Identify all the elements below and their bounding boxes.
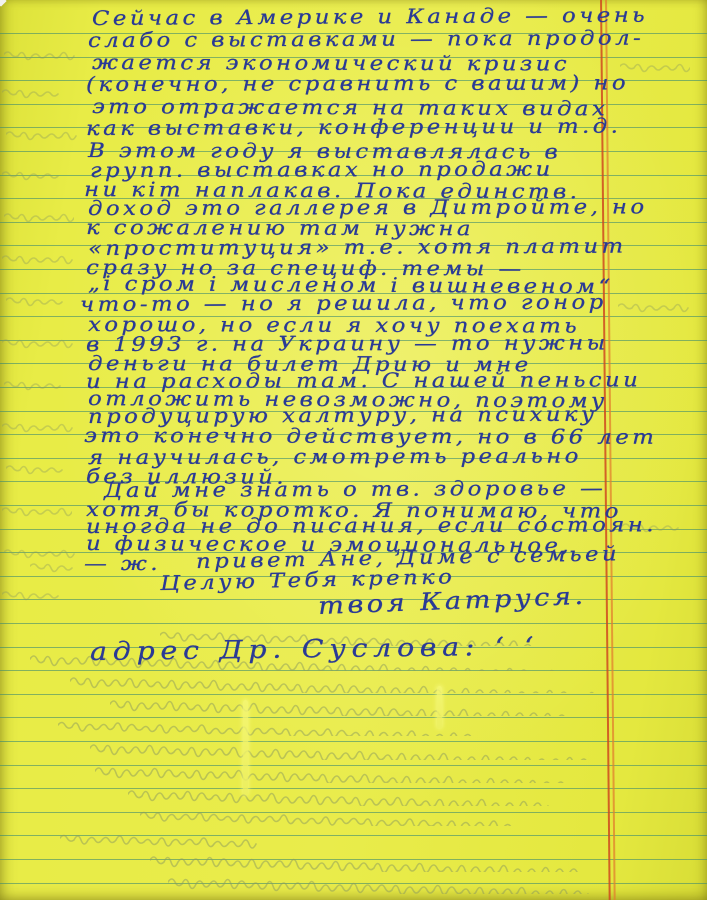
bleedthrough-handwriting-row: [90, 740, 620, 760]
ruled-line: [0, 765, 707, 766]
bleedthrough-handwriting-row: [4, 546, 80, 562]
ruled-line: [0, 623, 707, 624]
handwriting-line: и на расходы там. С нашей пеньсии: [86, 367, 641, 393]
ruled-line: [0, 104, 707, 105]
handwriting-line: В этом году я выставлялась в: [88, 138, 561, 163]
bleedthrough-handwriting-row: [2, 588, 68, 604]
ruled-line: [0, 363, 707, 364]
handwriting-line: привет Ане, Диме с семьей: [196, 541, 620, 573]
ruled-line: [0, 529, 707, 530]
handwriting-line: деньги на билет Дрию и мне: [88, 351, 532, 376]
ruled-line: [0, 316, 707, 317]
ruled-line: [0, 835, 707, 836]
signature-line: твоя Катруся.: [317, 582, 587, 620]
bleedthrough-handwriting-row: [2, 168, 64, 184]
handwriting-line: Сейчас в Америке и Канаде — очень: [92, 3, 648, 30]
handwriting-line: ни кіт наплакав. Пока единств.: [84, 177, 580, 203]
bleedthrough-handwriting-row: [2, 420, 76, 436]
handwriting-line: слабо с выставками — пока продол-: [88, 25, 644, 52]
handwriting-line: — ж.: [84, 551, 161, 575]
handwriting-line: „і сром і мисленом і вишневеном“: [88, 271, 614, 298]
ruled-line: [0, 670, 707, 671]
ruled-line: [0, 293, 707, 294]
handwriting-line: как выставки, конференции и т.д.: [86, 114, 621, 140]
handwriting-line: Дай мне знать о тв. здоровье —: [104, 476, 606, 502]
bleedthrough-handwriting-row: [150, 852, 595, 872]
bleedthrough-handwriting-row: [6, 128, 80, 144]
handwriting-line: продуцирую халтуру, на психику: [88, 402, 598, 428]
bleedthrough-handwriting-row: [160, 628, 540, 646]
bleedthrough-handwriting-row: [110, 696, 580, 716]
ruled-line: [0, 33, 707, 34]
ruled-line: [0, 599, 707, 600]
ruled-line: [0, 411, 707, 412]
ruled-line: [0, 127, 707, 128]
bleedthrough-handwriting-row: [6, 294, 70, 310]
ruled-line: [0, 458, 707, 459]
handwriting-line: это отражается на таких видах: [92, 94, 608, 120]
ruled-line: [0, 812, 707, 813]
scanned-letter-page: Сейчас в Америке и Канаде — оченьслабо с…: [0, 0, 707, 900]
ruled-line: [0, 387, 707, 388]
scan-edge-notch: [0, 0, 7, 7]
ruled-line: [0, 481, 707, 482]
bleedthrough-handwriting-row: [168, 874, 598, 894]
ruled-line: [0, 198, 707, 199]
bleedthrough-handwriting-row: [622, 520, 682, 536]
handwriting-line: и физическое и эмоциональное,: [86, 531, 572, 557]
ruled-line: [0, 269, 707, 270]
bleedthrough-handwriting-row: [70, 673, 615, 693]
ruled-line: [0, 505, 707, 506]
handwriting-line: я научилась, смотреть реально: [88, 443, 582, 469]
handwriting-line: Целую Тебя крепко: [160, 564, 456, 595]
handwriting-line: хотя бы коротко. Я понимаю, что: [86, 497, 622, 523]
handwriting-line: в 1993 г. на Украину — то нужны: [86, 330, 609, 356]
bleedthrough-handwriting-row: [4, 48, 76, 64]
handwriting-line: доход это галлерея в Дитройте, но: [88, 194, 648, 220]
bleedthrough-handwriting-row: [620, 60, 690, 76]
bleedthrough-handwriting-row: [618, 300, 690, 316]
bleedthrough-handwriting-row: [4, 210, 74, 226]
ruled-line: [0, 717, 707, 718]
crease-mark: [243, 700, 248, 795]
ruled-line: [0, 552, 707, 553]
handwriting-line: сразу но за специф. темы —: [86, 255, 525, 280]
bleedthrough-handwriting-row: [2, 336, 74, 352]
ruled-line: [0, 245, 707, 246]
ruled-line: [0, 340, 707, 341]
bleedthrough-handwriting-row: [2, 252, 78, 268]
bleedthrough-handwriting-row: [140, 808, 525, 826]
ruled-line: [0, 741, 707, 742]
handwriting-line: (конечно, не сравнить с вашим) но: [86, 70, 629, 96]
ruled-line: [0, 859, 707, 860]
ruled-line: [0, 434, 707, 435]
bleedthrough-handwriting-row: [4, 378, 72, 394]
bleedthrough-handwriting-row: [60, 831, 265, 849]
ruled-line: [0, 175, 707, 176]
ruled-line: [0, 694, 707, 695]
bleedthrough-handwriting-row: [30, 560, 78, 576]
ruled-line: [0, 151, 707, 152]
handwriting-line: что-то — но я решила, что гонор: [80, 290, 607, 316]
ruled-line: [0, 647, 707, 648]
bleedthrough-handwriting-row: [95, 763, 580, 783]
handwriting-line: хорошо, но если я хочу поехать: [88, 312, 580, 338]
bleedthrough-handwriting-row: [58, 718, 488, 736]
crease-mark: [437, 686, 442, 728]
handwriting-line: без иллюзий.: [86, 464, 287, 489]
handwriting-line: отложить невозможно, поэтому: [88, 386, 608, 412]
handwriting-line: групп. выставках но продажи: [90, 157, 554, 182]
bleedthrough-handwriting-row: [2, 86, 68, 102]
ruled-line: [0, 576, 707, 577]
ruled-line: [0, 80, 707, 81]
ruled-line: [0, 57, 707, 58]
ruled-line: [0, 788, 707, 789]
bleedthrough-handwriting-row: [128, 786, 553, 806]
handwriting-line: иногда не до писания, если состоян.: [86, 512, 657, 538]
handwriting-line: жается экономический кризис: [92, 50, 570, 75]
bleedthrough-handwriting-row: [2, 504, 72, 520]
ruled-line: [0, 883, 707, 884]
address-heading-line: адрес Др. Суслова: ‘ ‘: [90, 632, 540, 666]
handwriting-line: это конечно действует, но в 66 лет: [84, 423, 657, 449]
bleedthrough-handwriting-row: [30, 651, 600, 671]
red-margin-line: [605, 0, 616, 900]
red-margin-line: [600, 0, 611, 900]
ruled-line: [0, 222, 707, 223]
bleedthrough-handwriting-row: [6, 462, 68, 478]
handwriting-line: «проституция» т.е. хотя платит: [88, 234, 627, 260]
handwriting-line: к сожалению там нужна: [86, 215, 474, 240]
